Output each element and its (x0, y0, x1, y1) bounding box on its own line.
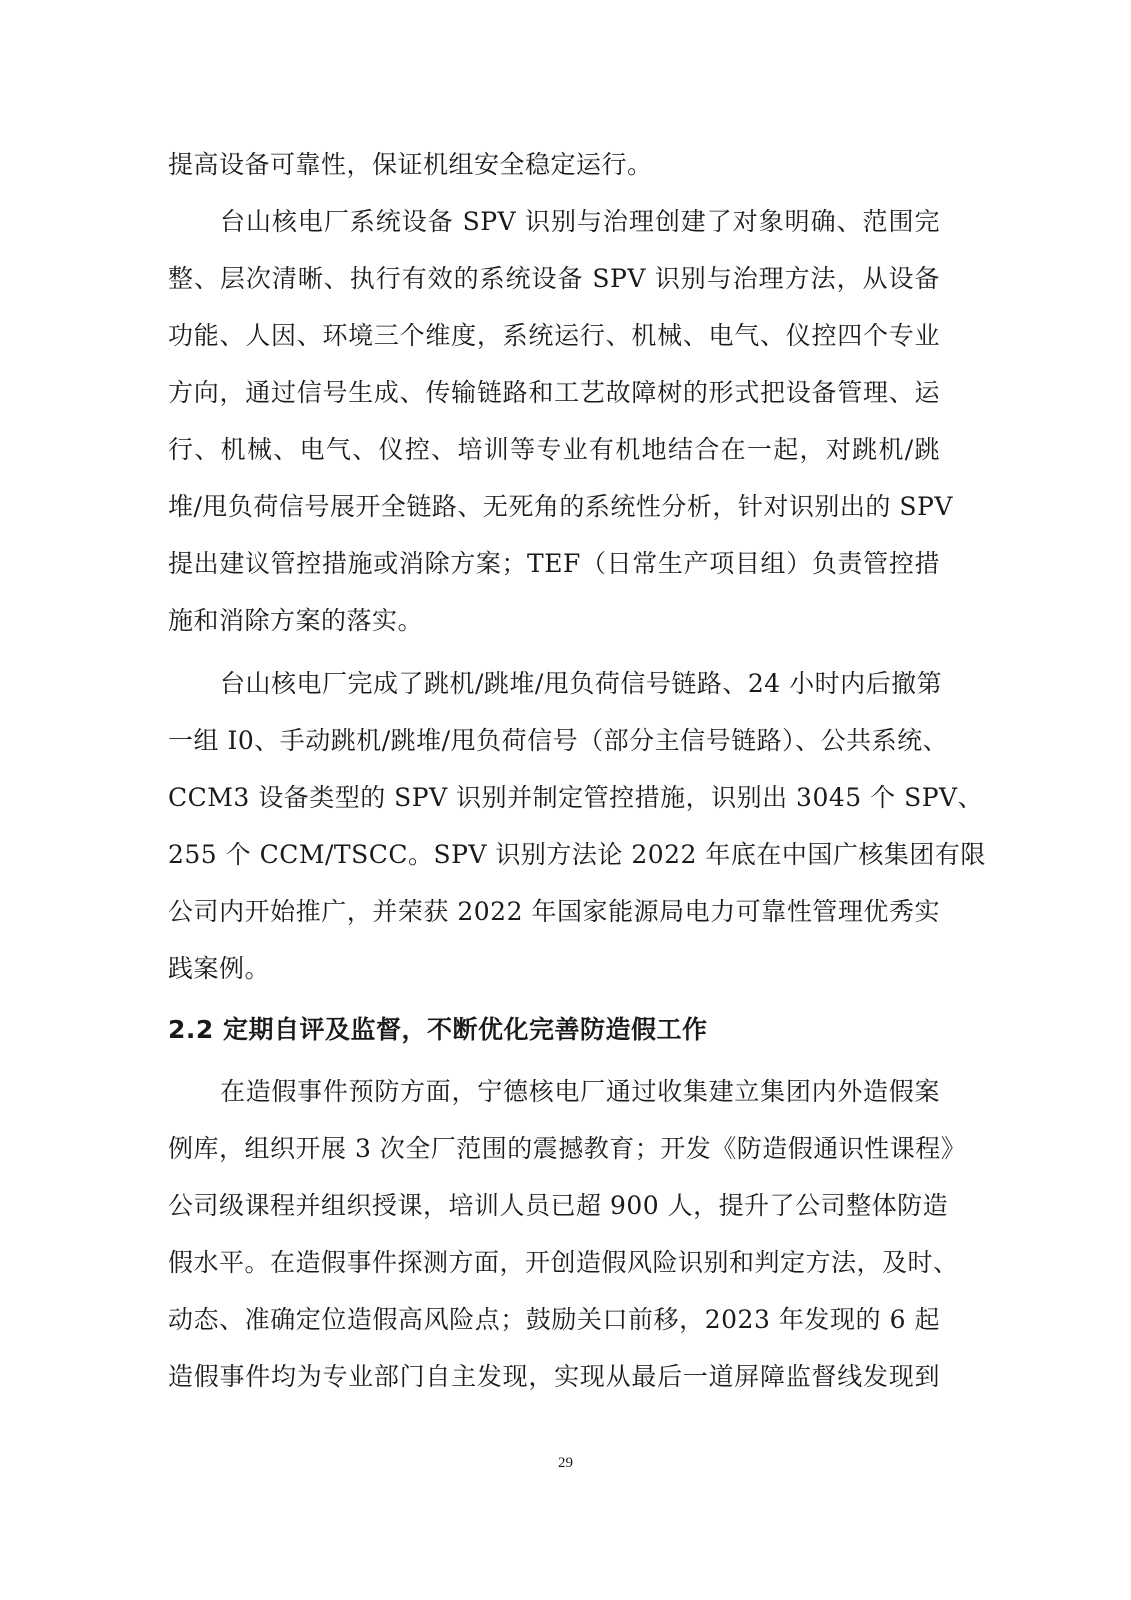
paragraph-line: 台山核电厂系统设备 SPV 识别与治理创建了对象明确、范围完 (220, 202, 940, 242)
paragraph-line: 例库，组织开展 3 次全厂范围的震撼教育；开发《防造假通识性课程》 (168, 1129, 940, 1169)
paragraph-line: 行、机械、电气、仪控、培训等专业有机地结合在一起，对跳机/跳 (168, 430, 940, 470)
page-number: 29 (0, 1455, 1131, 1472)
paragraph-line: 在造假事件预防方面，宁德核电厂通过收集建立集团内外造假案 (220, 1072, 940, 1112)
paragraph-line: 提出建议管控措施或消除方案；TEF（日常生产项目组）负责管控措 (168, 544, 940, 584)
paragraph-line: 一组 I0、手动跳机/跳堆/甩负荷信号（部分主信号链路）、公共系统、 (168, 721, 940, 761)
section-heading: 2.2 定期自评及监督，不断优化完善防造假工作 (168, 1010, 708, 1050)
paragraph-line: 公司级课程并组织授课，培训人员已超 900 人，提升了公司整体防造 (168, 1186, 940, 1226)
paragraph-line: 假水平。在造假事件探测方面，开创造假风险识别和判定方法，及时、 (168, 1243, 940, 1283)
paragraph-line: 堆/甩负荷信号展开全链路、无死角的系统性分析，针对识别出的 SPV (168, 487, 940, 527)
paragraph-line: 整、层次清晰、执行有效的系统设备 SPV 识别与治理方法，从设备 (168, 259, 940, 299)
paragraph-line: 公司内开始推广，并荣获 2022 年国家能源局电力可靠性管理优秀实 (168, 892, 940, 932)
paragraph-line: 台山核电厂完成了跳机/跳堆/甩负荷信号链路、24 小时内后撤第 (220, 664, 940, 704)
paragraph-line: 255 个 CCM/TSCC。SPV 识别方法论 2022 年底在中国广核集团有… (168, 835, 940, 875)
paragraph-line: 方向，通过信号生成、传输链路和工艺故障树的形式把设备管理、运 (168, 373, 940, 413)
document-page: 提高设备可靠性，保证机组安全稳定运行。 台山核电厂系统设备 SPV 识别与治理创… (0, 0, 1131, 1600)
paragraph-line: 动态、准确定位造假高风险点；鼓励关口前移，2023 年发现的 6 起 (168, 1300, 940, 1340)
paragraph-line: CCM3 设备类型的 SPV 识别并制定管控措施，识别出 3045 个 SPV、 (168, 778, 940, 818)
paragraph-line: 提高设备可靠性，保证机组安全稳定运行。 (168, 145, 940, 185)
paragraph-line: 施和消除方案的落实。 (168, 601, 940, 641)
paragraph-line: 造假事件均为专业部门自主发现，实现从最后一道屏障监督线发现到 (168, 1357, 940, 1397)
paragraph-line: 践案例。 (168, 949, 940, 989)
paragraph-line: 功能、人因、环境三个维度，系统运行、机械、电气、仪控四个专业 (168, 316, 940, 356)
